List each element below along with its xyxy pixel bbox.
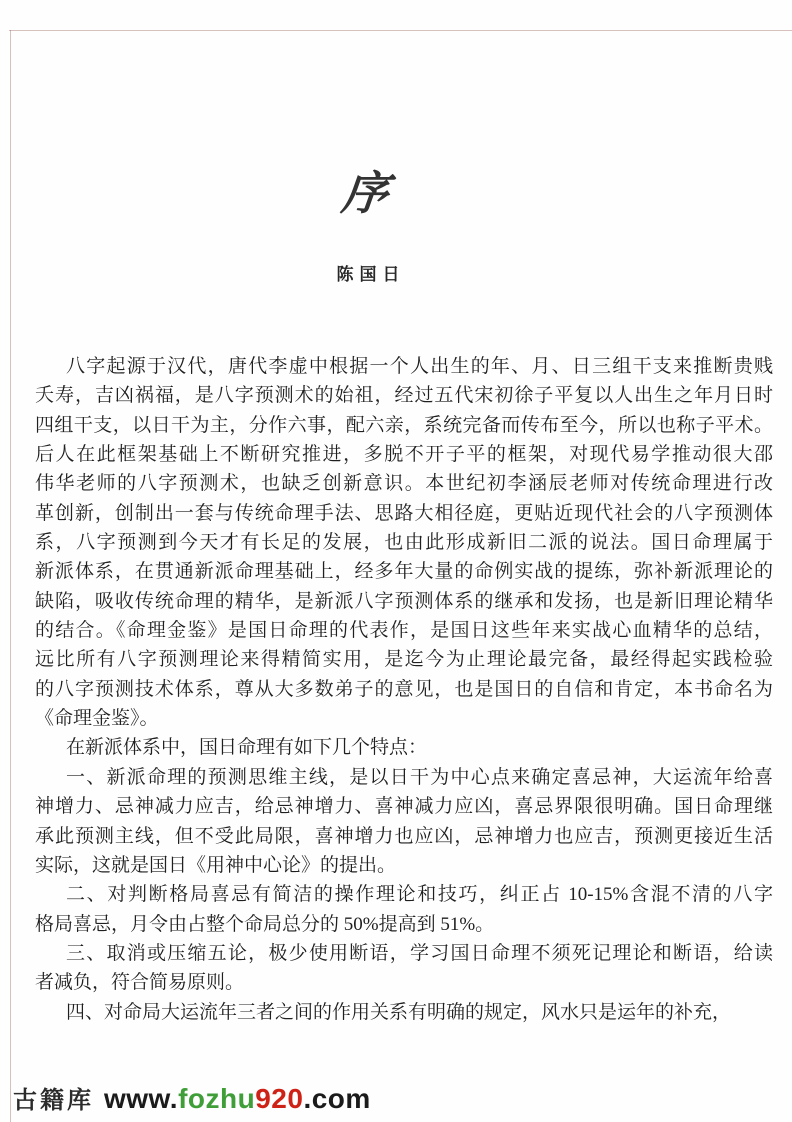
text-line: 系，八字预测到今天才有长足的发展，也由此形成新旧二派的说法。国日命理属于 — [35, 528, 773, 557]
text-line: 四组干支，以日干为主，分作六事，配六亲，系统完备而传布至今，所以也称子平术。 — [35, 411, 773, 440]
watermark-url-www: www. — [104, 1083, 178, 1114]
text-line: 《命理金鉴》。 — [35, 704, 773, 733]
author-name: 陈国日 — [0, 260, 742, 285]
text-line: 的八字预测技术体系，尊从大多数弟子的意见，也是国日的自信和肯定，本书命名为 — [35, 675, 773, 704]
watermark-url-fozhu: fozhu — [178, 1083, 255, 1114]
text-line: 后人在此框架基础上不断研究推进，多脱不开子平的框架，对现代易学推动很大邵 — [35, 440, 773, 469]
text-line: 神增力、忌神减力应吉，给忌神增力、喜神减力应凶，喜忌界限很明确。国日命理继 — [35, 792, 773, 821]
text-line: 格局喜忌，月令由占整个命局总分的 50%提高到 51%。 — [35, 910, 773, 939]
page-title: 序 — [0, 168, 733, 220]
text-line: 八字起源于汉代，唐代李虚中根据一个人出生的年、月、日三组干支来推断贵贱 — [35, 352, 773, 381]
watermark-url: www.fozhu920.com — [104, 1083, 371, 1115]
text-line: 一、新派命理的预测思维主线，是以日干为中心点来确定喜忌神，大运流年给喜 — [35, 763, 773, 792]
scan-edge-top — [9, 30, 792, 31]
text-line: 二、对判断格局喜忌有简洁的操作理论和技巧，纠正占 10-15%含混不清的八字 — [35, 880, 773, 909]
text-line: 夭寿，吉凶祸福，是八字预测术的始祖，经过五代宋初徐子平复以人出生之年月日时 — [35, 381, 773, 410]
text-line: 远比所有八字预测理论来得精简实用，是迄今为止理论最完备，最经得起实践检验 — [35, 645, 773, 674]
text-line: 革创新，创制出一套与传统命理手法、思路大相径庭，更贴近现代社会的八字预测体 — [35, 499, 773, 528]
text-line: 伟华老师的八字预测术，也缺乏创新意识。本世纪初李涵辰老师对传统命理进行改 — [35, 469, 773, 498]
text-line: 在新派体系中，国日命理有如下几个特点： — [35, 733, 773, 762]
watermark-site-name: 古籍库 — [13, 1080, 94, 1115]
text-line: 四、对命局大运流年三者之间的作用关系有明确的规定，风水只是运年的补充， — [35, 998, 773, 1027]
watermark: 古籍库 www.fozhu920.com — [13, 1080, 371, 1115]
text-line: 缺陷，吸收传统命理的精华，是新派八字预测体系的继承和发扬，也是新旧理论精华 — [35, 587, 773, 616]
text-line: 承此预测主线，但不受此局限，喜神增力也应凶，忌神增力也应吉，预测更接近生活 — [35, 822, 773, 851]
watermark-url-920: 920 — [255, 1083, 303, 1114]
scanned-book-page: 序 陈国日 八字起源于汉代，唐代李虚中根据一个人出生的年、月、日三组干支来推断贵… — [0, 0, 792, 1122]
body-text: 八字起源于汉代，唐代李虚中根据一个人出生的年、月、日三组干支来推断贵贱夭寿，吉凶… — [35, 352, 773, 1027]
text-line: 的结合。《命理金鉴》是国日命理的代表作，是国日这些年来实战心血精华的总结， — [35, 616, 773, 645]
text-line: 实际，这就是国日《用神中心论》的提出。 — [35, 851, 773, 880]
text-line: 者减负，符合简易原则。 — [35, 968, 773, 997]
text-line: 三、取消或压缩五论，极少使用断语，学习国日命理不须死记理论和断语，给读 — [35, 939, 773, 968]
text-line: 新派体系，在贯通新派命理基础上，经多年大量的命例实战的提练，弥补新派理论的 — [35, 557, 773, 586]
watermark-url-com: .com — [303, 1083, 370, 1114]
